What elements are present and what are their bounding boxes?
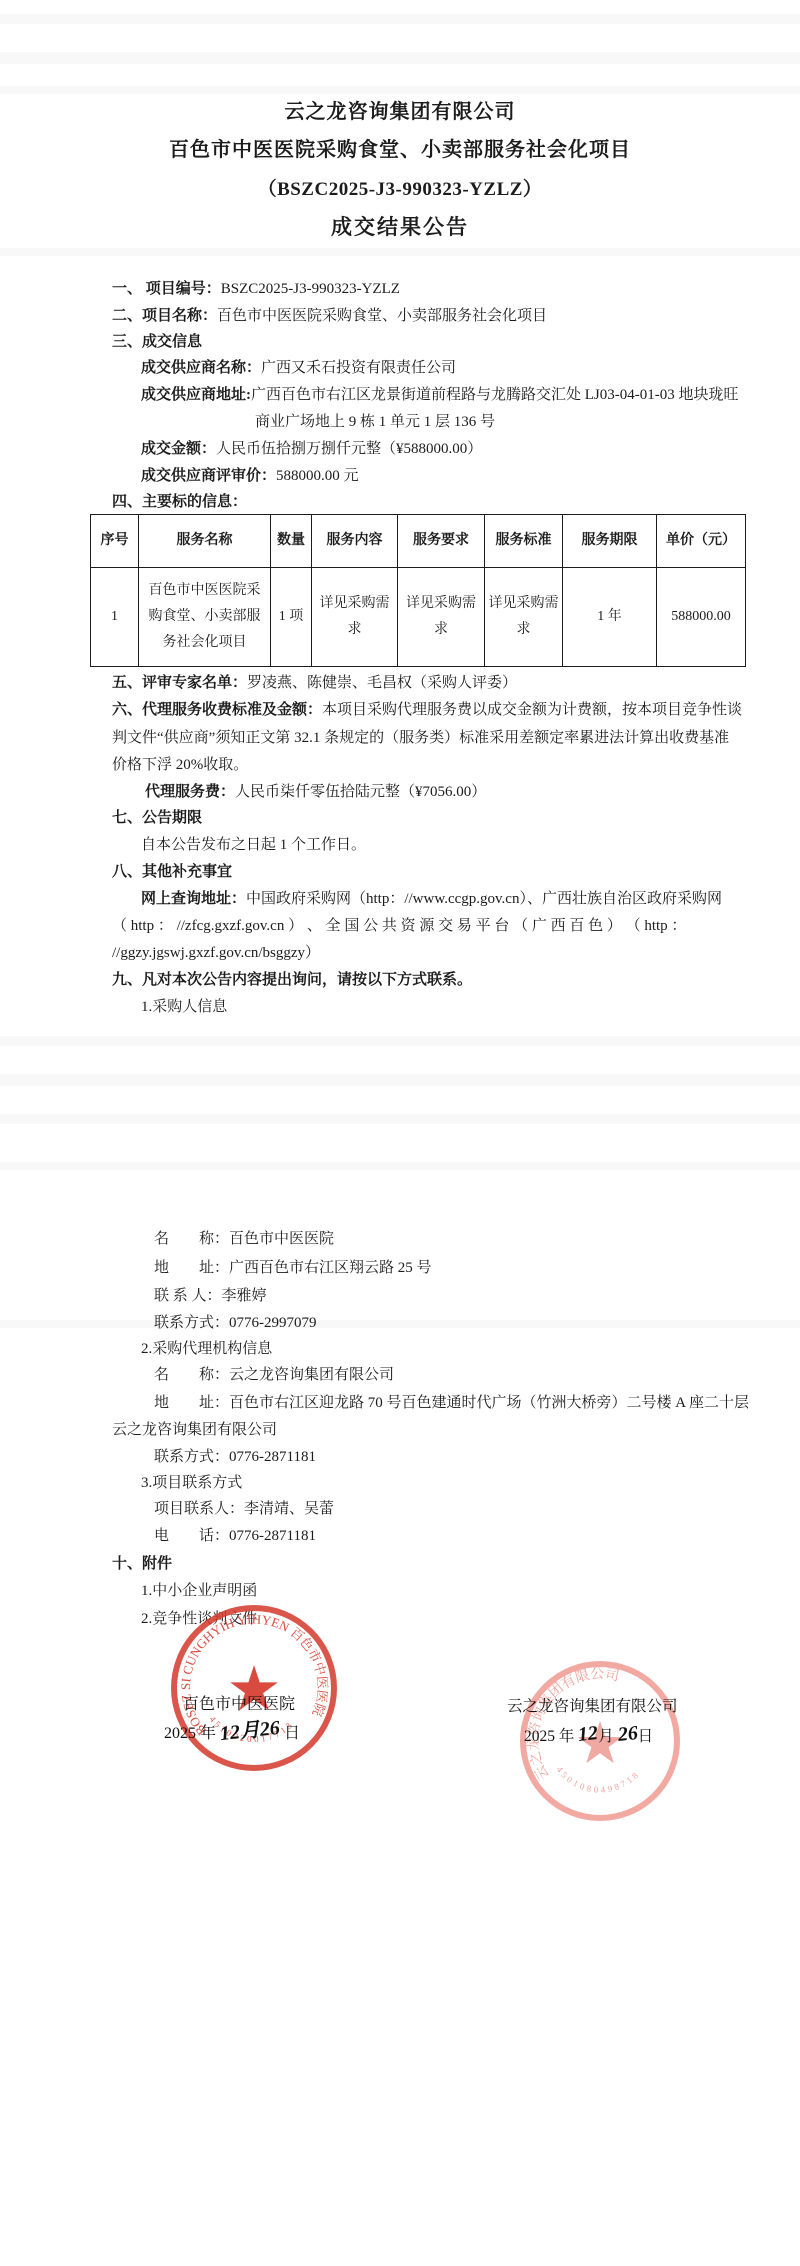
right-date-suffix: 日 [638,1728,654,1745]
right-date-year: 2025 年 [524,1728,578,1745]
supplier-name-value: 广西又禾石投资有限责任公司 [261,360,456,376]
project-person-line: 项目联系人：李清靖、吴蕾 [154,1496,334,1522]
section-project-number: 一、 项目编号：BSZC2025-J3-990323-YZLZ [112,276,400,302]
purchaser-name-value: 百色市中医医院 [229,1231,334,1247]
purchaser-person-line: 联 系 人：李雅婷 [154,1283,267,1309]
agency-name-label: 名 称： [154,1367,229,1383]
project-tel-line: 电 话：0776-2871181 [154,1523,316,1549]
online-query-line1: 网上查询地址：中国政府采购网（http：//www.ccgp.gov.cn）、广… [141,886,722,912]
scan-band [0,52,800,64]
agency-fee-line: 代理服务费：人民币柒仟零伍拾陆元整（¥7056.00） [145,779,486,805]
purchaser-info-heading: 1.采购人信息 [141,994,227,1020]
right-signature-org: 云之龙咨询集团有限公司 [507,1694,678,1720]
review-price-label: 成交供应商评审价： [141,468,276,484]
project-person-label: 项目联系人： [154,1501,244,1517]
subject-info-table: 序号 服务名称 数量 服务内容 服务要求 服务标准 服务期限 单价（元） 1 百… [90,514,745,667]
section-attachments-heading: 十、附件 [112,1551,172,1577]
table-row: 1 百色市中医医院采购食堂、小卖部服务社会化项目 1 项 详见采购需求 详见采购… [91,568,746,667]
agency-address-value: 百色市右江区迎龙路 70 号百色建通时代广场（竹洲大桥旁）二号楼 A 座二十层 [229,1395,749,1411]
cell-service-period: 1 年 [563,568,657,667]
hospital-seal-stamp: ★ BOSEZ SI CUNGHYIH YIHYEN 百色市中医医院 45100… [166,1600,342,1776]
col-quantity: 数量 [271,515,312,568]
right-date-day-handwritten: 26 [616,1720,639,1748]
cell-quantity: 1 项 [271,568,312,667]
scan-band [0,1320,800,1328]
review-price-value: 588000.00 元 [276,468,359,484]
award-amount-label: 成交金额： [141,441,216,457]
scan-band [0,86,800,94]
purchaser-address-label: 地 址： [154,1260,229,1276]
purchaser-phone-value: 0776-2997079 [229,1315,317,1331]
scanned-announcement-page: 云之龙咨询集团有限公司 百色市中医医院采购食堂、小卖部服务社会化项目 （BSZC… [0,0,800,2266]
purchaser-name-line: 名 称：百色市中医医院 [154,1226,334,1252]
section-main-subject-heading: 四、主要标的信息： [112,489,247,515]
purchaser-phone-label: 联系方式： [154,1315,229,1331]
section-other-matters-heading: 八、其他补充事宜 [112,859,232,885]
section-experts-label: 五、评审专家名单： [112,675,247,691]
left-signature-date: 2025 年 12月26 日 [164,1719,300,1747]
title-organization: 云之龙咨询集团有限公司 [0,99,800,125]
table-header-row: 序号 服务名称 数量 服务内容 服务要求 服务标准 服务期限 单价（元） [91,515,746,568]
purchaser-name-label: 名 称： [154,1231,229,1247]
purchaser-person-label: 联 系 人： [154,1288,222,1304]
agency-fee-value: 人民币柒仟零伍拾陆元整（¥7056.00） [235,784,486,800]
scan-band [0,248,800,256]
online-query-line3: //ggzy.jgswj.gxzf.gov.cn/bsggzy） [112,940,320,966]
agency-fee-label: 代理服务费： [145,784,235,800]
agency-name-value: 云之龙咨询集团有限公司 [229,1367,394,1383]
cell-service-name: 百色市中医医院采购食堂、小卖部服务社会化项目 [139,568,271,667]
agency-info-heading: 2.采购代理机构信息 [141,1336,272,1362]
agency-address-label: 地 址： [154,1395,229,1411]
scan-band [0,1074,800,1086]
right-signature-date: 2025 年 12月 26日 [524,1722,653,1750]
agency-address-line1: 地 址：百色市右江区迎龙路 70 号百色建通时代广场（竹洲大桥旁）二号楼 A 座… [154,1390,749,1416]
section-contact-heading: 九、凡对本次公告内容提出询问，请按以下方式联系。 [112,967,472,993]
left-date-suffix: 日 [280,1725,300,1742]
supplier-address-line1: 成交供应商地址:广西百色市右江区龙景街道前程路与龙腾路交汇处 LJ03-04-0… [141,382,739,408]
project-tel-value: 0776-2871181 [229,1528,316,1544]
online-query-line2: （ http ： //zfcg.gxzf.gov.cn ） 、 全 国 公 共 … [112,913,686,939]
col-seq: 序号 [91,515,139,568]
supplier-name-label: 成交供应商名称： [141,360,261,376]
cell-seq: 1 [91,568,139,667]
agency-name-line: 名 称：云之龙咨询集团有限公司 [154,1362,394,1388]
cell-service-standard: 详见采购需求 [485,568,563,667]
section-announcement-period-heading: 七、公告期限 [112,805,202,831]
announcement-period-text: 自本公告发布之日起 1 个工作日。 [141,832,366,858]
right-date-month-handwritten: 12 [577,1720,600,1748]
project-tel-label: 电 话： [154,1528,229,1544]
section-project-name-label: 二、项目名称： [112,308,217,324]
agency-phone-value: 0776-2871181 [229,1449,316,1465]
col-service-period: 服务期限 [563,515,657,568]
section-project-number-value: BSZC2025-J3-990323-YZLZ [221,281,400,297]
section-agency-fee-text1: 本项目采购代理服务费以成交金额为计费额，按本项目竞争性谈 [322,702,742,718]
title-project-code: （BSZC2025-J3-990323-YZLZ） [0,177,800,203]
scan-band [0,1036,800,1046]
title-announcement-type: 成交结果公告 [0,214,800,240]
cell-service-requirement: 详见采购需求 [398,568,485,667]
agency-address-line2: 云之龙咨询集团有限公司 [112,1417,277,1443]
col-service-content: 服务内容 [312,515,398,568]
left-date-handwritten: 12月26 [219,1715,281,1747]
col-service-name: 服务名称 [139,515,271,568]
review-price-line: 成交供应商评审价：588000.00 元 [141,463,359,489]
project-person-value: 李清靖、吴蕾 [244,1501,334,1517]
col-service-standard: 服务标准 [485,515,563,568]
cell-service-content: 详见采购需求 [312,568,398,667]
section-project-name-value: 百色市中医医院采购食堂、小卖部服务社会化项目 [217,308,547,324]
supplier-address-line2: 商业广场地上 9 栋 1 单元 1 层 136 号 [255,409,495,435]
right-date-month: 月 [598,1728,617,1745]
title-project: 百色市中医医院采购食堂、小卖部服务社会化项目 [0,137,800,163]
purchaser-address-value: 广西百色市右江区翔云路 25 号 [229,1260,432,1276]
project-contact-heading: 3.项目联系方式 [141,1470,242,1496]
scan-band [0,14,800,24]
agency-phone-line: 联系方式：0776-2871181 [154,1444,316,1470]
section-experts-value: 罗凌燕、陈健崇、毛昌权（采购人评委） [247,675,517,691]
section-project-number-label: 一、 项目编号： [112,281,221,297]
cell-unit-price: 588000.00 [657,568,746,667]
supplier-name-line: 成交供应商名称：广西又禾石投资有限责任公司 [141,355,456,381]
purchaser-phone-line: 联系方式：0776-2997079 [154,1310,317,1336]
award-amount-line: 成交金额：人民币伍拾捌万捌仟元整（¥588000.00） [141,436,482,462]
award-amount-value: 人民币伍拾捌万捌仟元整（¥588000.00） [216,441,482,457]
online-query-value: 中国政府采购网（http：//www.ccgp.gov.cn）、广西壮族自治区政… [246,891,722,907]
scan-band [0,1114,800,1124]
section-project-name: 二、项目名称：百色市中医医院采购食堂、小卖部服务社会化项目 [112,303,547,329]
left-date-year: 2025 年 [164,1725,220,1742]
section-experts-line: 五、评审专家名单：罗凌燕、陈健崇、毛昌权（采购人评委） [112,670,517,696]
col-service-requirement: 服务要求 [398,515,485,568]
section-agency-fee-line1: 六、代理服务收费标准及金额：本项目采购代理服务费以成交金额为计费额，按本项目竞争… [112,697,742,723]
subject-table: 序号 服务名称 数量 服务内容 服务要求 服务标准 服务期限 单价（元） 1 百… [90,514,746,667]
section-agency-fee-label: 六、代理服务收费标准及金额： [112,702,322,718]
online-query-label: 网上查询地址： [141,891,246,907]
section-agency-fee-line2: 判文件“供应商”须知正文第 32.1 条规定的（服务类）标准采用差额定率累进法计… [112,725,729,751]
purchaser-person-value: 李雅婷 [222,1288,267,1304]
scan-band [0,1162,800,1170]
section-award-info-heading: 三、成交信息 [112,329,202,355]
agency-phone-label: 联系方式： [154,1449,229,1465]
col-unit-price: 单价（元） [657,515,746,568]
purchaser-address-line: 地 址：广西百色市右江区翔云路 25 号 [154,1255,432,1281]
supplier-address-value: 广西百色市右江区龙景街道前程路与龙腾路交汇处 LJ03-04-01-03 地块珑… [251,387,739,403]
supplier-address-label: 成交供应商地址: [141,387,251,403]
section-agency-fee-line3: 价格下浮 20%收取。 [112,752,248,778]
